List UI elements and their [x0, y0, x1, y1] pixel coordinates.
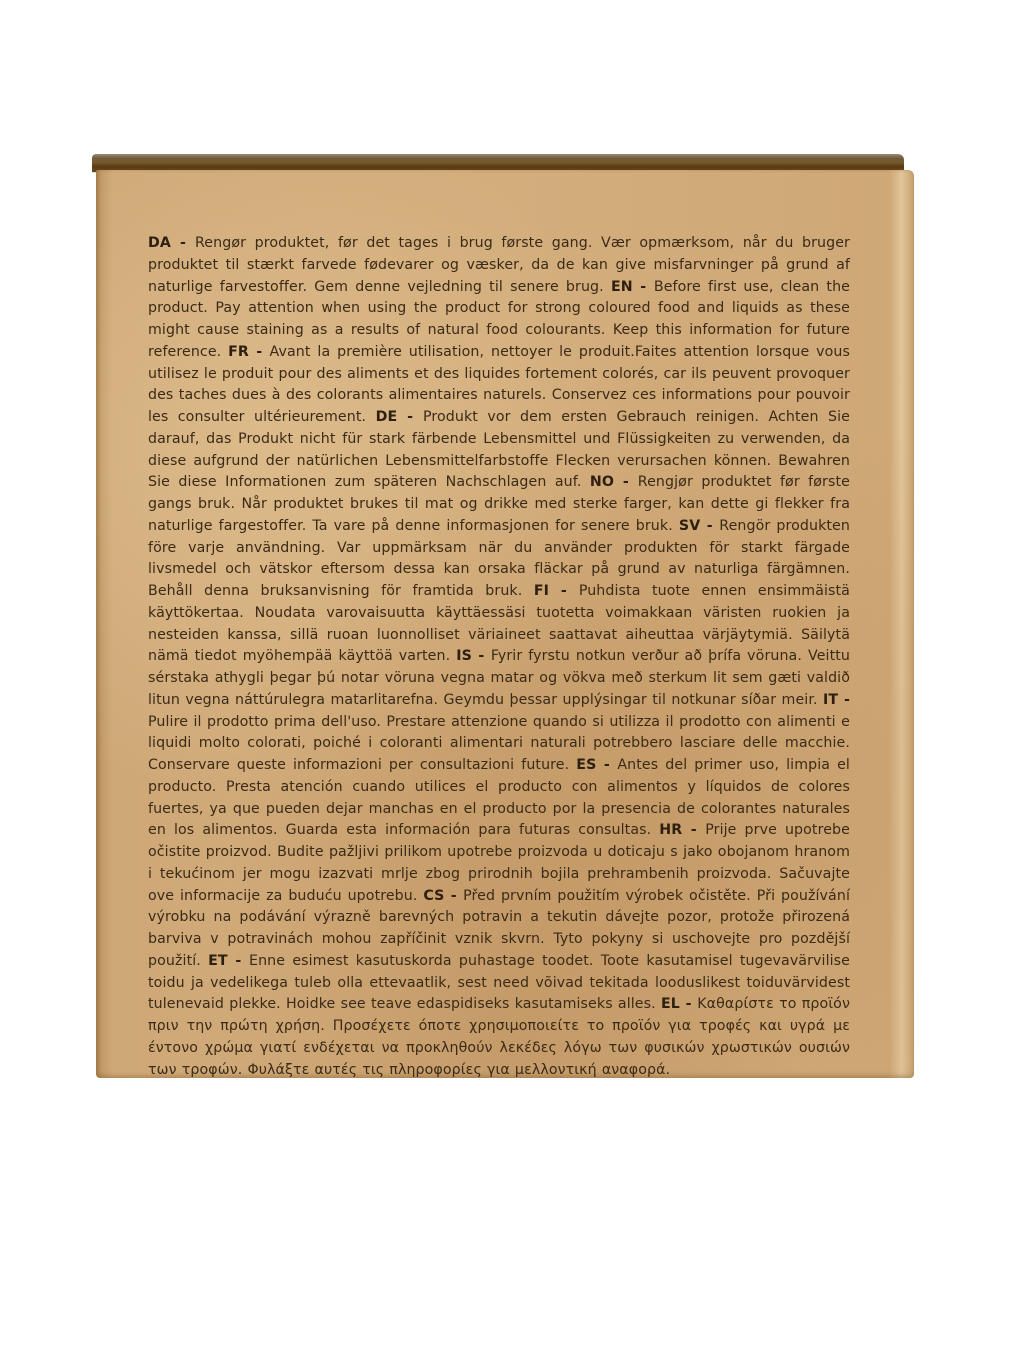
lang-code-es: ES — [576, 757, 596, 773]
lang-code-it: IT — [823, 692, 838, 708]
lang-code-de: DE — [376, 409, 398, 425]
lang-code-is: IS — [456, 648, 472, 664]
lang-code-fi: FI — [534, 583, 549, 599]
lang-code-fr: FR — [228, 344, 249, 360]
lang-code-cs: CS — [423, 888, 444, 904]
lang-code-no: NO — [590, 474, 614, 490]
lang-code-el: EL — [661, 996, 680, 1012]
lang-code-en: EN — [611, 279, 633, 295]
lang-code-hr: HR — [659, 822, 682, 838]
lang-code-da: DA — [148, 235, 171, 251]
lang-code-et: ET — [208, 953, 228, 969]
care-instructions-text: DA - Rengør produktet, før det tages i b… — [148, 233, 850, 1081]
lang-code-sv: SV — [679, 518, 700, 534]
